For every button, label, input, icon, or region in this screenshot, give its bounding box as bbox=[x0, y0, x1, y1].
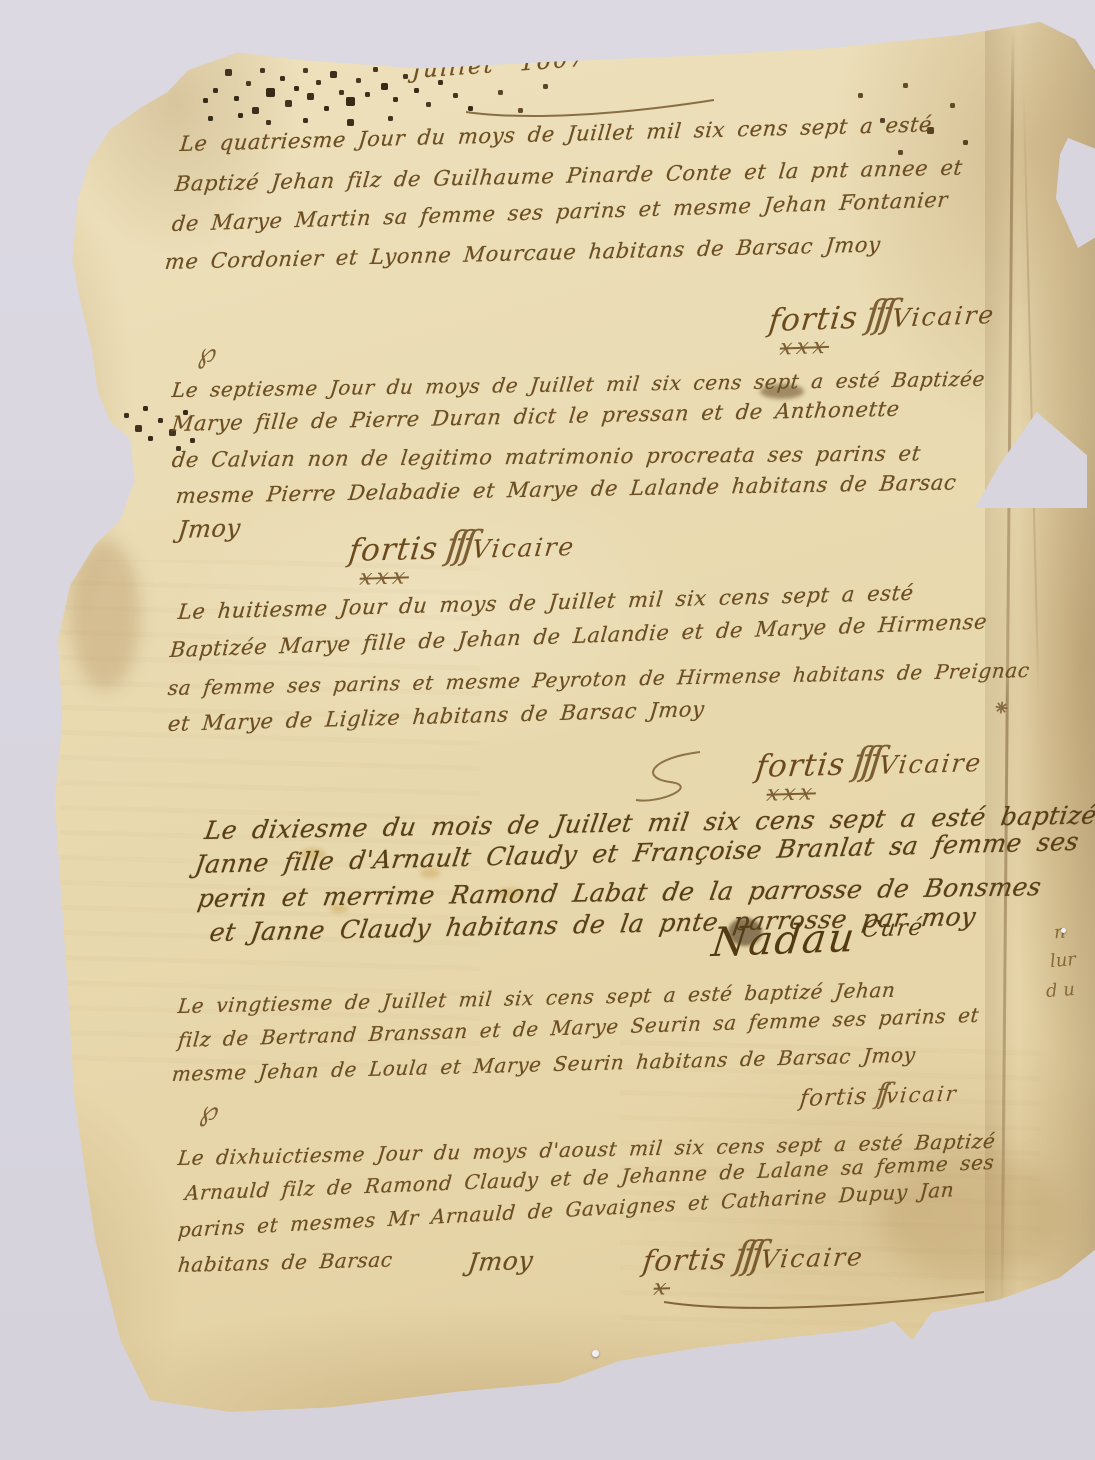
manuscript-paper: ⁕ Juillet 1607 Le quatriesme Jour du moy… bbox=[0, 0, 1095, 1460]
signature-title: Vicaire bbox=[877, 748, 984, 780]
page-title: Juillet 1607 bbox=[412, 46, 587, 84]
signature-name: fortis bbox=[641, 1242, 729, 1278]
signature-rubric: ſſſ bbox=[864, 292, 893, 337]
pin-dot bbox=[592, 1350, 599, 1357]
edge-fragment: lur bbox=[1049, 949, 1077, 972]
entry-line: habitans de Barsac bbox=[177, 1247, 394, 1277]
signature: fortisſſſVicaire xxx bbox=[765, 288, 998, 361]
margin-mark: ℘ bbox=[196, 1095, 218, 1128]
entry-closing: Jmoy bbox=[466, 1246, 535, 1277]
signature-flourish bbox=[660, 1288, 990, 1312]
entry-line: me Cordonier et Lyonne Mourcaue habitans… bbox=[164, 232, 882, 274]
manuscript-page-photo: ⁕ Juillet 1607 Le quatriesme Jour du moy… bbox=[0, 0, 1095, 1460]
signature-title: Curé bbox=[860, 915, 924, 943]
signature-title: Vicaire bbox=[470, 532, 577, 564]
stitch-mark: ⁕ bbox=[991, 695, 1032, 724]
margin-mark: ℘ bbox=[194, 337, 217, 370]
descender-flourish bbox=[630, 748, 710, 808]
signature: Nadau Curé bbox=[709, 913, 925, 967]
title-flourish bbox=[462, 96, 722, 118]
signature-title: vicair bbox=[885, 1081, 959, 1108]
signature: fortisſſvicair bbox=[798, 1074, 960, 1113]
entry-line: Le quatriesme Jour du moys de Juillet mi… bbox=[179, 112, 933, 156]
signature-rubric: ſſſ bbox=[444, 523, 473, 568]
entry-line: Marye fille de Pierre Duran dict le pres… bbox=[171, 397, 901, 436]
edge-fragment: d u bbox=[1045, 979, 1075, 1002]
entry-line: de Calvian non de legitimo matrimonio pr… bbox=[171, 441, 923, 472]
signature-name: Nadau bbox=[709, 915, 859, 966]
ink-speckles bbox=[0, 0, 1, 1]
signature-rubric: ſſſ bbox=[851, 739, 880, 784]
pin-dot bbox=[1061, 928, 1066, 933]
entry-line: de Marye Martin sa femme ses parins et m… bbox=[171, 188, 949, 236]
signature: fortisſſſVicaire xxx bbox=[751, 736, 985, 807]
signature: fortisſſſVicaire xxx bbox=[344, 520, 578, 591]
signature-paraph: xxx bbox=[358, 560, 574, 591]
signature-title: Vicaire bbox=[759, 1242, 866, 1274]
entry-closing: Jmoy bbox=[177, 514, 243, 544]
signature-rubric: ſſſ bbox=[733, 1233, 762, 1278]
signature-name: fortis bbox=[798, 1084, 868, 1112]
entry-line: mesme Pierre Delabadie et Marye de Lalan… bbox=[175, 470, 958, 508]
